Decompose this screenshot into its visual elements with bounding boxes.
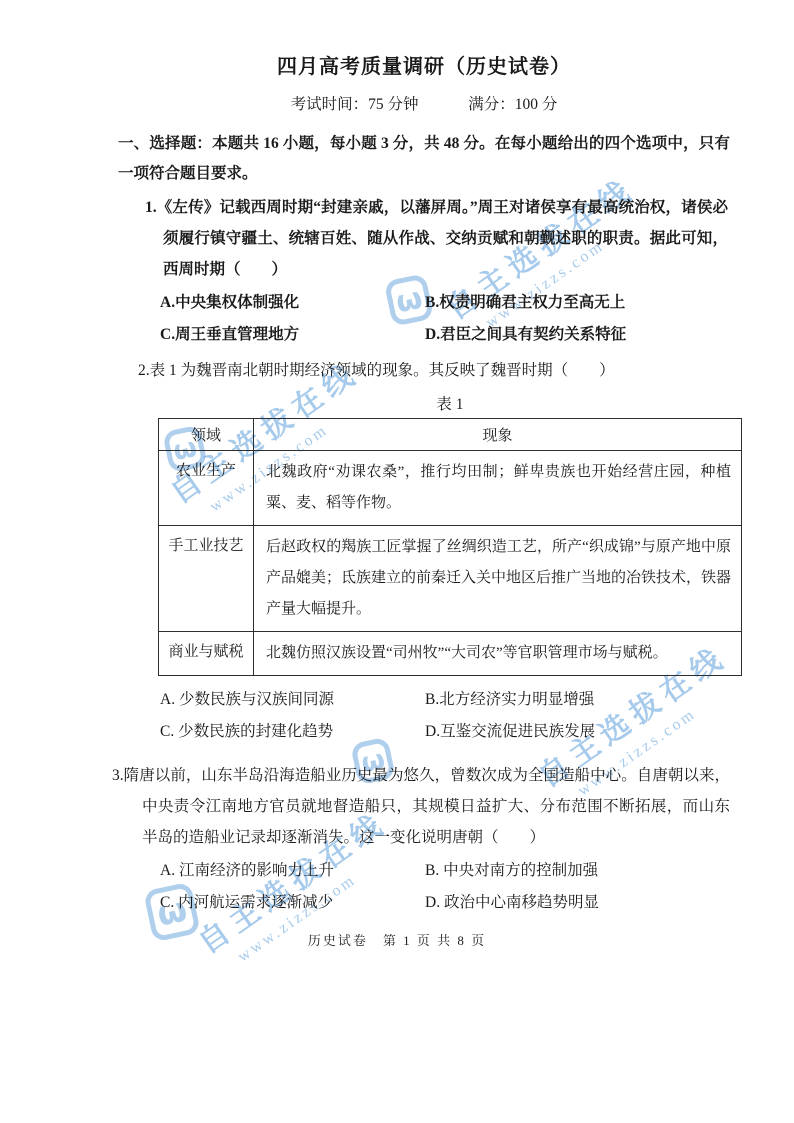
question-2-options: A. 少数民族与汉族间同源 B.北方经济实力明显增强 C. 少数民族的封建化趋势…: [118, 684, 730, 748]
question-1-option-b: B.权责明确君主权力至高无上: [425, 287, 730, 319]
table-header-field: 领域: [159, 419, 254, 451]
question-3-option-c: C. 内河航运需求逐渐减少: [118, 887, 425, 919]
question-3-option-d: D. 政治中心南移趋势明显: [425, 887, 730, 919]
table-row: 手工业技艺 后赵政权的羯族工匠掌握了丝绸织造工艺，所产“织成锦”与原产地中原产品…: [159, 526, 742, 632]
question-3-options: A. 江南经济的影响力上升 B. 中央对南方的控制加强 C. 内河航运需求逐渐减…: [118, 855, 730, 919]
table-1: 领域 现象 农业生产 北魏政府“劝课农桑”，推行均田制；鲜卑贵族也开始经营庄园，…: [158, 418, 742, 676]
table-cell-field: 农业生产: [159, 451, 254, 526]
table-cell-desc: 后赵政权的羯族工匠掌握了丝绸织造工艺，所产“织成锦”与原产地中原产品媲美；氐族建…: [254, 526, 742, 632]
table-cell-desc: 北魏政府“劝课农桑”，推行均田制；鲜卑贵族也开始经营庄园，种植粟、麦、稻等作物。: [254, 451, 742, 526]
exam-page: ω 自主选拔在线 www.zizzs.com ω 自主选拔在线 www.zizz…: [0, 0, 794, 1123]
question-1-option-a: A.中央集权体制强化: [118, 287, 425, 319]
table-cell-field: 商业与赋税: [159, 632, 254, 676]
question-1-option-c: C.周王垂直管理地方: [118, 319, 425, 351]
page-content: 四月高考质量调研（历史试卷） 考试时间：75 分钟 满分：100 分 一、选择题…: [118, 0, 730, 919]
table-row: 农业生产 北魏政府“劝课农桑”，推行均田制；鲜卑贵族也开始经营庄园，种植粟、麦、…: [159, 451, 742, 526]
option-row: A. 少数民族与汉族间同源 B.北方经济实力明显增强: [118, 684, 730, 716]
option-row: A. 江南经济的影响力上升 B. 中央对南方的控制加强: [118, 855, 730, 887]
section-1-intro: 一、选择题：本题共 16 小题，每小题 3 分，共 48 分。在每小题给出的四个…: [118, 129, 730, 189]
question-3-option-b: B. 中央对南方的控制加强: [425, 855, 730, 887]
question-2-option-c: C. 少数民族的封建化趋势: [118, 716, 425, 748]
exam-total-score: 满分：100 分: [468, 92, 557, 114]
table-cell-field: 手工业技艺: [159, 526, 254, 632]
exam-meta: 考试时间：75 分钟 满分：100 分: [118, 92, 730, 114]
table-header-row: 领域 现象: [159, 419, 742, 451]
option-row: C.周王垂直管理地方 D.君臣之间具有契约关系特征: [118, 319, 730, 351]
option-row: C. 内河航运需求逐渐减少 D. 政治中心南移趋势明显: [118, 887, 730, 919]
table-cell-desc: 北魏仿照汉族设置“司州牧”“大司农”等官职管理市场与赋税。: [254, 632, 742, 676]
exam-duration: 考试时间：75 分钟: [291, 92, 419, 114]
question-3-option-a: A. 江南经济的影响力上升: [118, 855, 425, 887]
question-1-stem: 1.《左传》记载西周时期“封建亲戚，以藩屏周。”周王对诸侯享有最高统治权，诸侯必…: [118, 192, 728, 285]
question-2-option-b: B.北方经济实力明显增强: [425, 684, 730, 716]
question-2-option-d: D.互鉴交流促进民族发展: [425, 716, 730, 748]
exam-title: 四月高考质量调研（历史试卷）: [118, 50, 730, 79]
page-footer: 历史试卷 第 1 页 共 8 页: [0, 930, 794, 949]
table-header-phenomenon: 现象: [254, 419, 742, 451]
question-2-option-a: A. 少数民族与汉族间同源: [118, 684, 425, 716]
table-row: 商业与赋税 北魏仿照汉族设置“司州牧”“大司农”等官职管理市场与赋税。: [159, 632, 742, 676]
question-1-option-d: D.君臣之间具有契约关系特征: [425, 319, 730, 351]
question-2-stem: 2.表 1 为魏晋南北朝时期经济领域的现象。其反映了魏晋时期（ ）: [138, 355, 723, 386]
table-1-caption: 表 1: [158, 392, 742, 414]
option-row: A.中央集权体制强化 B.权责明确君主权力至高无上: [118, 287, 730, 319]
question-3-stem: 3.隋唐以前，山东半岛沿海造船业历史最为悠久，曾数次成为全国造船中心。自唐朝以来…: [112, 760, 730, 853]
option-row: C. 少数民族的封建化趋势 D.互鉴交流促进民族发展: [118, 716, 730, 748]
question-1-options: A.中央集权体制强化 B.权责明确君主权力至高无上 C.周王垂直管理地方 D.君…: [118, 287, 730, 351]
